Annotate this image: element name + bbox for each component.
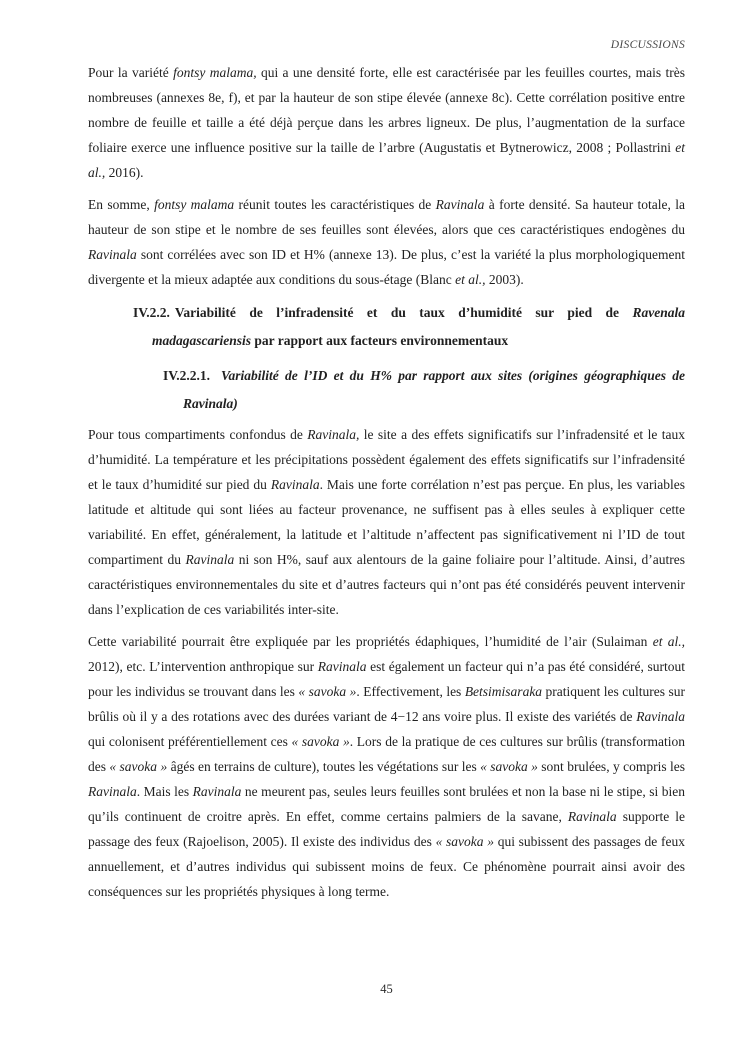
text-segment: Ravinala: [88, 784, 137, 799]
text-segment: . Mais les: [137, 784, 193, 799]
text-segment: Variabilité de l’infradensité et du taux…: [175, 305, 633, 320]
text-segment: « savoka »: [480, 759, 538, 774]
document-body: Pour la variété fontsy malama, qui a une…: [88, 60, 685, 904]
text-segment: âgés en terrains de culture), toutes les…: [167, 759, 480, 774]
text-segment: par rapport aux facteurs environnementau…: [251, 333, 508, 348]
text-segment: Variabilité de l’ID et du H% par rapport…: [183, 368, 685, 411]
text-segment: et al.,: [455, 272, 485, 287]
page-number: 45: [88, 981, 685, 997]
text-segment: Ravinala: [568, 809, 617, 824]
text-segment: et al.,: [653, 634, 685, 649]
paragraph-en-somme: En somme, fontsy malama réunit toutes le…: [88, 192, 685, 292]
text-segment: Ravinala: [436, 197, 485, 212]
text-segment: « savoka »: [109, 759, 167, 774]
document-page: DISCUSSIONS Pour la variété fontsy malam…: [0, 0, 745, 1053]
text-segment: Pour la variété: [88, 65, 173, 80]
text-segment: qui colonisent préférentiellement ces: [88, 734, 292, 749]
text-segment: 2003).: [486, 272, 524, 287]
text-segment: « savoka »: [298, 684, 356, 699]
section-heading-iv-2-2: IV.2.2.Variabilité de l’infradensité et …: [88, 299, 685, 355]
text-segment: Ravinala,: [307, 427, 359, 442]
text-segment: sont corrélées avec son ID et H% (annexe…: [88, 247, 685, 287]
text-segment: Ravinala: [193, 784, 242, 799]
text-segment: En somme,: [88, 197, 154, 212]
heading-number: IV.2.2.: [133, 305, 170, 320]
text-segment: sont brulées, y compris les: [538, 759, 685, 774]
text-segment: Betsimisaraka: [465, 684, 542, 699]
paragraph-variabilite-savoka: Cette variabilité pourrait être expliqué…: [88, 629, 685, 904]
paragraph-fontsy-malama-density: Pour la variété fontsy malama, qui a une…: [88, 60, 685, 185]
text-segment: fontsy malama,: [173, 65, 257, 80]
heading-number: IV.2.2.1.: [163, 368, 210, 383]
text-segment: 2016).: [105, 165, 143, 180]
text-segment: Cette variabilité pourrait être expliqué…: [88, 634, 653, 649]
text-segment: Ravinala: [636, 709, 685, 724]
text-segment: Pour tous compartiments confondus de: [88, 427, 307, 442]
section-heading-iv-2-2-1: IV.2.2.1.Variabilité de l’ID et du H% pa…: [88, 362, 685, 418]
text-segment: fontsy malama: [154, 197, 234, 212]
page-content: DISCUSSIONS Pour la variété fontsy malam…: [88, 38, 685, 911]
text-segment: réunit toutes les caractéristiques de: [234, 197, 436, 212]
paragraph-site-effects: Pour tous compartiments confondus de Rav…: [88, 422, 685, 622]
text-segment: Ravinala: [185, 552, 234, 567]
text-segment: Ravinala: [271, 477, 320, 492]
text-segment: Ravinala: [88, 247, 137, 262]
text-segment: « savoka »: [292, 734, 350, 749]
text-segment: Ravinala: [318, 659, 367, 674]
text-segment: . Effectivement, les: [356, 684, 464, 699]
text-segment: « savoka »: [436, 834, 494, 849]
text-segment: 2012), etc. L’intervention anthropique s…: [88, 659, 318, 674]
running-header: DISCUSSIONS: [88, 38, 685, 52]
